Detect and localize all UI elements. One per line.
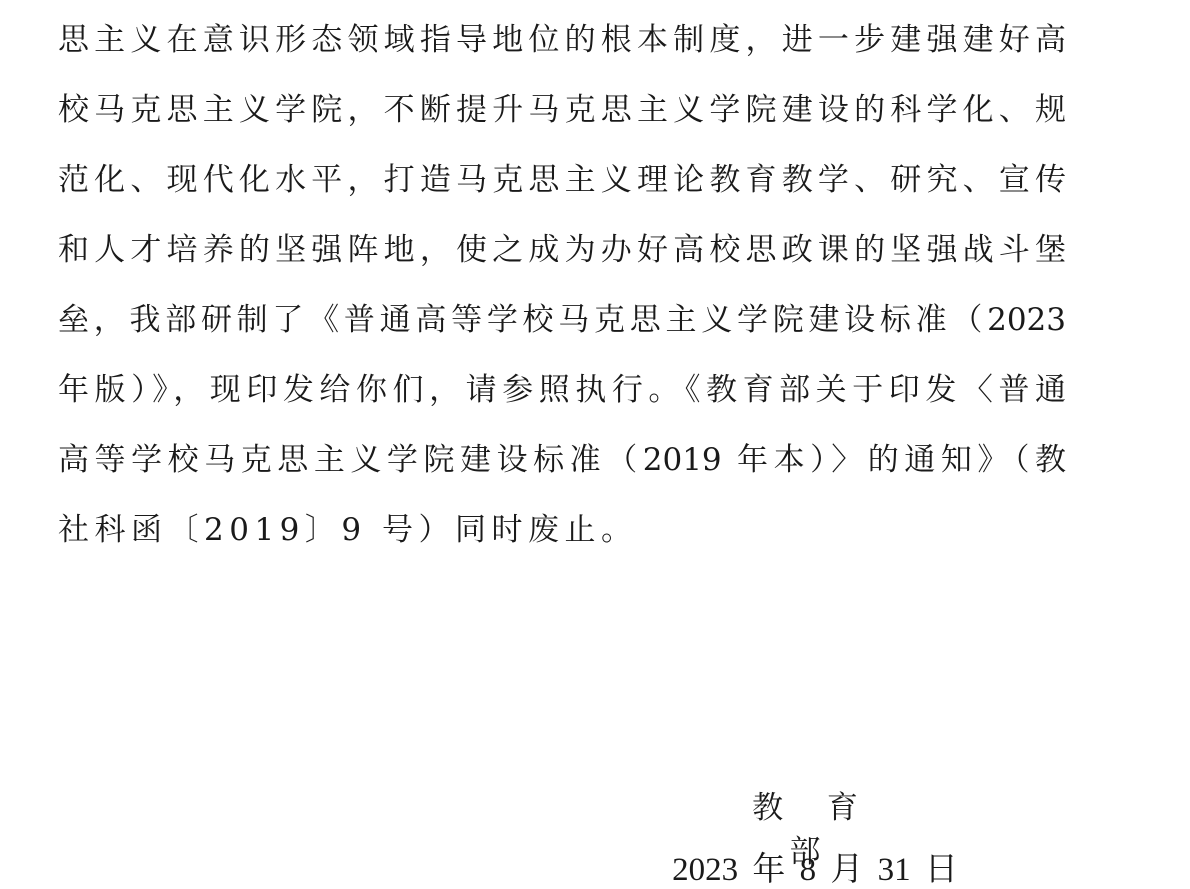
body-line-8: 社科函〔2019〕9 号）同时废止。 [58, 508, 1066, 552]
body-line-7: 高等学校马克思主义学院建设标准（2019 年本）〉的通知》（教 [58, 438, 1066, 482]
body-line-1: 思主义在意识形态领域指导地位的根本制度，进一步建强建好高 [58, 18, 1066, 62]
body-line-3: 范化、现代化水平，打造马克思主义理论教育教学、研究、宣传 [58, 158, 1066, 202]
document-page: 思主义在意识形态领域指导地位的根本制度，进一步建强建好高 校马克思主义学院，不断… [0, 0, 1190, 889]
body-line-2: 校马克思主义学院，不断提升马克思主义学院建设的科学化、规 [58, 88, 1066, 132]
body-line-5: 垒，我部研制了《普通高等学校马克思主义学院建设标准（2023 [58, 298, 1066, 342]
body-line-6: 年版）》，现印发给你们，请参照执行。《教育部关于印发〈普通 [58, 368, 1066, 412]
issuer-signature: 教 育 部 [720, 786, 900, 830]
body-line-4: 和人才培养的坚强阵地，使之成为办好高校思政课的坚强战斗堡 [58, 228, 1066, 272]
issue-date: 2023 年 8 月 31 日 [670, 848, 960, 889]
